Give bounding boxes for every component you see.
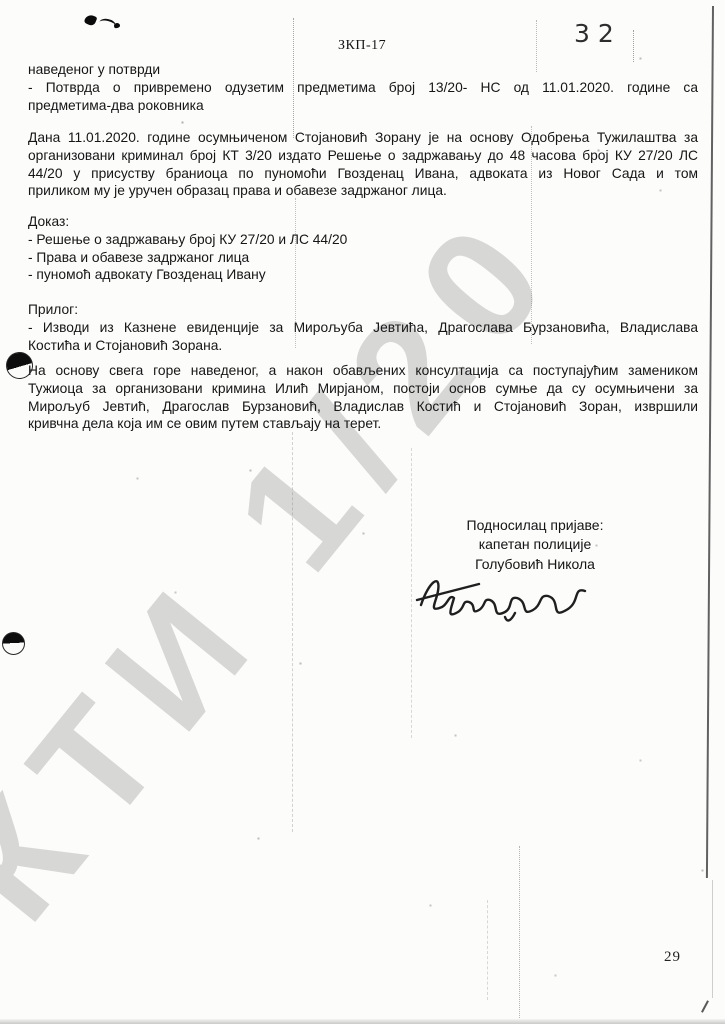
fold-line-artifact bbox=[411, 448, 412, 738]
submitter-rank: капетан полиције bbox=[437, 535, 633, 554]
text-line: Костића и Стојановић Зорана. bbox=[28, 337, 698, 355]
conclusion-paragraph: На основу свега горе наведеног, а након … bbox=[28, 362, 698, 433]
evidence-section: Доказ: - Решење о задржавању број КУ 27/… bbox=[28, 213, 698, 284]
intro-paragraph: наведеног у потврди - Потврда о привреме… bbox=[28, 61, 698, 114]
attachment-section: Прилог: - Изводи из Казнене евиденције з… bbox=[28, 301, 698, 354]
signature-block: Подносилац пријаве: капетан полиције Гол… bbox=[437, 516, 633, 574]
handwritten-signature-icon bbox=[415, 569, 595, 624]
printed-page-number: 29 bbox=[664, 949, 681, 966]
text-line: - Потврда о привремено одузетим предмети… bbox=[28, 79, 698, 97]
text-line: приликом му је уручен образац права и об… bbox=[28, 182, 698, 200]
text-line: наведеног у потврди bbox=[28, 61, 698, 79]
detention-paragraph: Дана 11.01.2020. године осумњиченом Стој… bbox=[28, 129, 698, 200]
fold-line-artifact bbox=[633, 30, 634, 62]
text-line: - Изводи из Казнене евиденције за Мирољу… bbox=[28, 319, 698, 337]
evidence-heading: Доказ: bbox=[28, 213, 698, 231]
fold-line-artifact bbox=[519, 846, 520, 1018]
fold-line-artifact bbox=[487, 900, 488, 1000]
attachment-heading: Прилог: bbox=[28, 301, 698, 319]
text-line: организовани криминал број КТ 3/20 издат… bbox=[28, 147, 698, 165]
evidence-item: - пуномоћ адвокату Гвозденац Ивану bbox=[28, 266, 698, 284]
ink-smudge-icon bbox=[114, 23, 121, 29]
ink-smudge-icon bbox=[84, 13, 98, 26]
handwritten-page-number: 32 bbox=[574, 19, 622, 48]
submitter-role: Подносилац пријаве: bbox=[437, 516, 633, 535]
text-line: Дана 11.01.2020. године осумњиченом Стој… bbox=[28, 129, 698, 147]
text-line: предметима-два роковника bbox=[28, 97, 698, 115]
text-line: На основу свега горе наведеног, а након … bbox=[28, 362, 698, 380]
page-bottom-shadow bbox=[0, 1019, 725, 1024]
form-code: ЗКП-17 bbox=[338, 38, 386, 54]
fold-line-artifact bbox=[292, 432, 293, 832]
scan-edge-line bbox=[706, 6, 714, 878]
text-line: 44/20 у присуству браниоца по пуномоћи Г… bbox=[28, 165, 698, 183]
scan-edge-line-faint bbox=[712, 880, 713, 998]
text-line: Тужиоца за организовани кримина Илић Мир… bbox=[28, 380, 698, 398]
evidence-item: - Решење о задржавању број КУ 27/20 и ЛС… bbox=[28, 231, 698, 249]
evidence-item: - Права и обавезе задржаног лица bbox=[28, 249, 698, 267]
text-line: Мирољуб Јевтић, Драгослав Бурзановић, Вл… bbox=[28, 398, 698, 416]
hole-punch-icon bbox=[2, 632, 25, 655]
scan-corner-mark bbox=[701, 1000, 709, 1012]
scanned-document-page: КТИ 1/20 ЗКП-17 32 наведеног у потврди -… bbox=[0, 0, 725, 1024]
text-line: кривчна дела која им се овим путем стављ… bbox=[28, 415, 698, 433]
scan-noise-specks bbox=[0, 0, 1, 1]
